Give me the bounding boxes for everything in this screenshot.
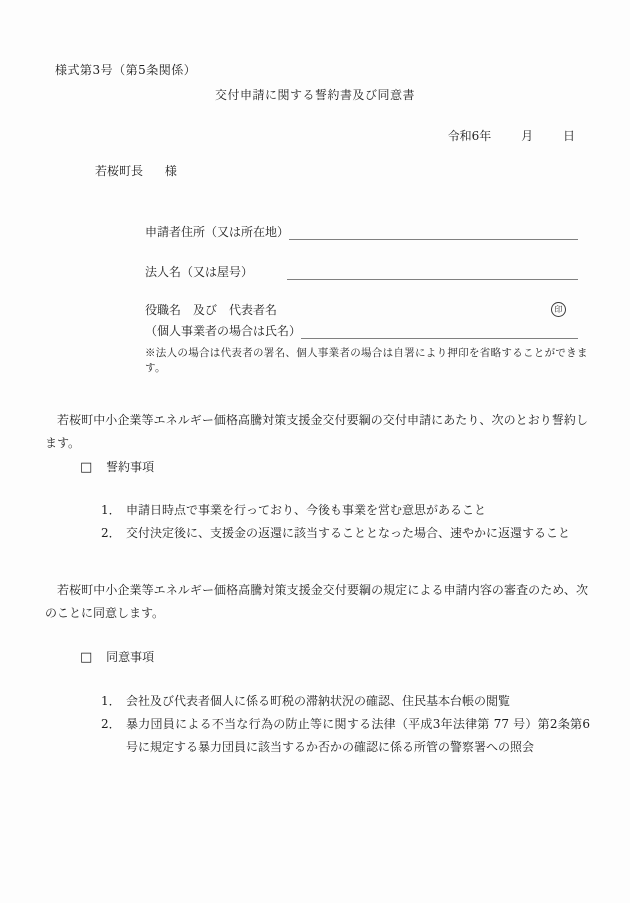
consent-section-heading: □ 同意事項 (80, 648, 154, 665)
seal-mark-icon: 印 (551, 302, 566, 317)
pledge-checkbox-icon: □ (80, 460, 92, 475)
form-number: 様式第3号（第5条関係） (55, 61, 196, 78)
consent-item-1-number: 1． (101, 690, 126, 713)
representative-name-row: 役職名 及び 代表者名 印 （個人事業者の場合は氏名） (145, 301, 578, 339)
corporate-name-row: 法人名（又は屋号） (145, 262, 578, 280)
addressee-name: 若桜町長 (95, 164, 143, 178)
representative-name-blank-line (301, 321, 578, 339)
corporate-name-blank-line (287, 262, 578, 280)
document-title: 交付申請に関する誓約書及び同意書 (0, 86, 630, 103)
pledge-item-2-text: 交付決定後に、支援金の返還に該当することとなった場合、速やかに返還すること (126, 522, 590, 545)
representative-label-line: 役職名 及び 代表者名 印 (145, 301, 578, 318)
consent-item-1-text: 会社及び代表者個人に係る町税の滞納状況の確認、住民基本台帳の閲覧 (126, 690, 590, 713)
pledge-intro-paragraph: 若桜町中小企業等エネルギー価格高騰対策支援金交付要綱の交付申請にあたり、次のとお… (45, 409, 588, 455)
document-page: 様式第3号（第5条関係） 交付申請に関する誓約書及び同意書 令和6年 月 日 若… (0, 0, 630, 903)
pledge-item-1-number: 1． (101, 499, 126, 522)
applicant-address-blank-line (289, 222, 578, 240)
consent-intro-paragraph: 若桜町中小企業等エネルギー価格高騰対策支援金交付要綱の規定による申請内容の審査の… (45, 579, 588, 625)
date-era-year: 令和6年 (448, 129, 492, 143)
pledge-heading-label: 誓約事項 (106, 460, 154, 474)
applicant-address-row: 申請者住所（又は所在地） (145, 222, 578, 240)
consent-item-list: 1． 会社及び代表者個人に係る町税の滞納状況の確認、住民基本台帳の閲覧 2． 暴… (101, 690, 590, 759)
pledge-section-heading: □ 誓約事項 (80, 458, 154, 475)
consent-item-2-number: 2． (101, 713, 126, 759)
role-representative-label: 役職名 及び 代表者名 (145, 301, 277, 318)
addressee-honorific: 様 (165, 164, 177, 178)
corporate-name-label: 法人名（又は屋号） (145, 263, 287, 280)
pledge-item-2-number: 2． (101, 522, 126, 545)
consent-item-2-text: 暴力団員による不当な行為の防止等に関する法律（平成3年法律第 77 号）第2条第… (126, 713, 590, 759)
consent-item-1: 1． 会社及び代表者個人に係る町税の滞納状況の確認、住民基本台帳の閲覧 (101, 690, 590, 713)
pledge-item-list: 1． 申請日時点で事業を行っており、今後も事業を営む意思があること 2． 交付決… (101, 499, 590, 545)
pledge-item-1: 1． 申請日時点で事業を行っており、今後も事業を営む意思があること (101, 499, 590, 522)
signature-note: ※法人の場合は代表者の署名、個人事業者の場合は自署により押印を省略することができ… (145, 345, 590, 375)
addressee-line: 若桜町長 様 (95, 162, 177, 179)
date-month-label: 月 (521, 129, 533, 143)
individual-name-label: （個人事業者の場合は氏名） (145, 322, 301, 339)
applicant-address-label: 申請者住所（又は所在地） (145, 223, 289, 240)
date-day-label: 日 (563, 129, 575, 143)
consent-heading-label: 同意事項 (106, 650, 154, 664)
pledge-item-2: 2． 交付決定後に、支援金の返還に該当することとなった場合、速やかに返還すること (101, 522, 590, 545)
consent-item-2: 2． 暴力団員による不当な行為の防止等に関する法律（平成3年法律第 77 号）第… (101, 713, 590, 759)
individual-name-line: （個人事業者の場合は氏名） (145, 321, 578, 339)
date-line: 令和6年 月 日 (448, 127, 575, 144)
pledge-item-1-text: 申請日時点で事業を行っており、今後も事業を営む意思があること (126, 499, 590, 522)
consent-checkbox-icon: □ (80, 650, 92, 665)
